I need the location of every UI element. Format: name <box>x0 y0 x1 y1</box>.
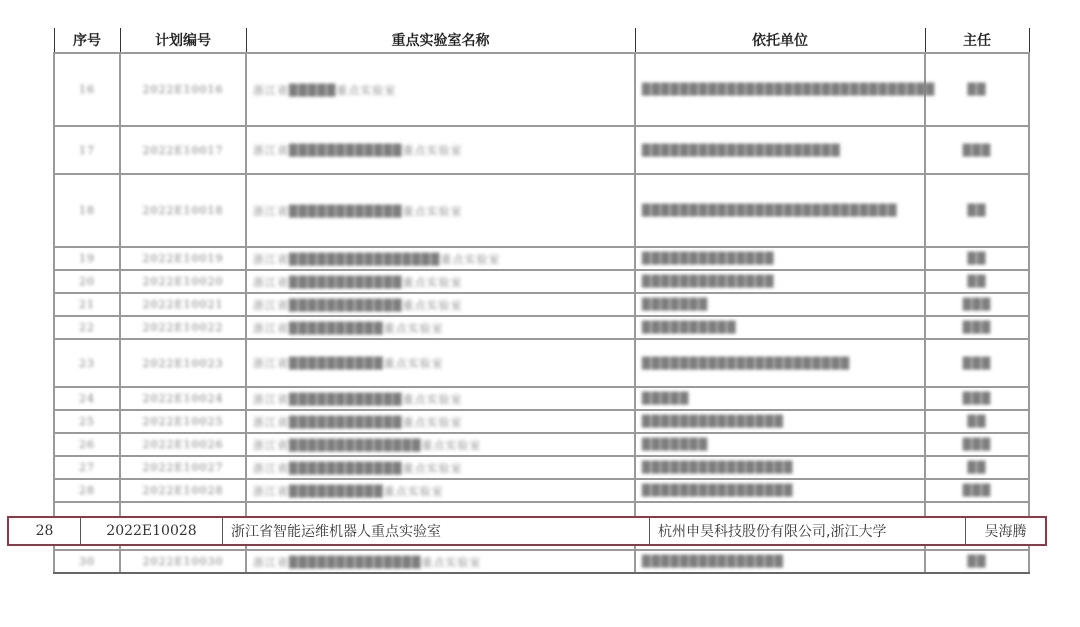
table-row: 252022E10025浙江省████████████重点实验室████████… <box>54 410 1029 433</box>
cell-director: ██ <box>925 53 1029 126</box>
cell-lab-name-text: 浙江省██████████重点实验室 <box>253 357 444 370</box>
cell-plan-id: 2022E10018 <box>120 174 246 247</box>
cell-seq: 23 <box>54 339 120 387</box>
cell-lab-name: 浙江省████████████重点实验室 <box>246 456 635 479</box>
cell-plan-id-text: 2022E10028 <box>142 484 223 497</box>
cell-host-unit: ██████████████ <box>635 247 925 270</box>
cell-lab-name: 浙江省██████████重点实验室 <box>246 479 635 502</box>
cell-host-unit: ██████████████ <box>635 270 925 293</box>
cell-lab-name-text: 浙江省██████████重点实验室 <box>253 485 444 498</box>
cell-lab-name: 浙江省██████████████重点实验室 <box>246 550 635 573</box>
cell-director: ███ <box>925 479 1029 502</box>
cell-seq: 25 <box>54 410 120 433</box>
cell-plan-id: 2022E10016 <box>120 53 246 126</box>
cell-seq-text: 26 <box>79 438 95 451</box>
cell-lab-name-text: 浙江省████████████重点实验室 <box>253 144 463 157</box>
highlighted-row: 28 2022E10028 浙江省智能运维机器人重点实验室 杭州申昊科技股份有限… <box>7 516 1047 546</box>
cell-host-unit-text: ███████████████████████████████ <box>642 83 935 96</box>
cell-plan-id: 2022E10020 <box>120 270 246 293</box>
cell-director: ██ <box>925 410 1029 433</box>
cell-host-unit: ███████ <box>635 293 925 316</box>
cell-lab-name: 浙江省████████████████重点实验室 <box>246 247 635 270</box>
cell-host-unit-text: ████████████████ <box>642 461 793 474</box>
table-row: 212022E10021浙江省████████████重点实验室████████… <box>54 293 1029 316</box>
cell-seq: 28 <box>54 479 120 502</box>
cell-seq: 17 <box>54 126 120 174</box>
cell-director-text: ███ <box>963 357 991 370</box>
cell-director-text: ███ <box>963 392 991 405</box>
table-row: 272022E10027浙江省████████████重点实验室████████… <box>54 456 1029 479</box>
cell-seq-text: 28 <box>79 484 95 497</box>
cell-lab-name-text: 浙江省█████重点实验室 <box>253 84 396 97</box>
cell-seq-text: 21 <box>79 298 95 311</box>
cell-seq: 24 <box>54 387 120 410</box>
cell-director-text: ██ <box>968 83 987 96</box>
highlighted-lab-name: 浙江省智能运维机器人重点实验室 <box>223 518 650 544</box>
cell-lab-name: 浙江省████████████重点实验室 <box>246 270 635 293</box>
cell-lab-name: 浙江省█████重点实验室 <box>246 53 635 126</box>
cell-director: ███ <box>925 387 1029 410</box>
table-header-row: 序号 计划编号 重点实验室名称 依托单位 主任 <box>54 28 1029 53</box>
cell-seq-text: 24 <box>79 392 95 405</box>
cell-plan-id: 2022E10026 <box>120 433 246 456</box>
cell-plan-id: 2022E10022 <box>120 316 246 339</box>
cell-lab-name-text: 浙江省██████████████重点实验室 <box>253 439 481 452</box>
cell-seq-text: 30 <box>79 555 95 568</box>
cell-seq-text: 19 <box>79 252 95 265</box>
cell-seq-text: 18 <box>79 204 95 217</box>
cell-director-text: ██ <box>968 275 987 288</box>
cell-host-unit-text: ██████████████████████ <box>642 357 850 370</box>
cell-plan-id: 2022E10025 <box>120 410 246 433</box>
cell-lab-name: 浙江省██████████████重点实验室 <box>246 433 635 456</box>
cell-director: ██ <box>925 456 1029 479</box>
cell-lab-name: 浙江省██████████重点实验室 <box>246 316 635 339</box>
cell-host-unit-text: █████ <box>642 392 689 405</box>
cell-plan-id: 2022E10021 <box>120 293 246 316</box>
cell-plan-id-text: 2022E10016 <box>142 83 223 96</box>
cell-host-unit: ████████████████ <box>635 456 925 479</box>
table-row: 202022E10020浙江省████████████重点实验室████████… <box>54 270 1029 293</box>
cell-seq-text: 17 <box>79 144 95 157</box>
header-director: 主任 <box>925 28 1029 53</box>
cell-lab-name-text: 浙江省████████████重点实验室 <box>253 462 463 475</box>
cell-plan-id-text: 2022E10019 <box>142 252 223 265</box>
highlighted-host-unit: 杭州申昊科技股份有限公司,浙江大学 <box>650 518 966 544</box>
table-row: 172022E10017浙江省████████████重点实验室████████… <box>54 126 1029 174</box>
cell-plan-id: 2022E10023 <box>120 339 246 387</box>
cell-seq-text: 25 <box>79 415 95 428</box>
cell-seq: 20 <box>54 270 120 293</box>
cell-lab-name-text: 浙江省████████████重点实验室 <box>253 205 463 218</box>
cell-director-text: ██ <box>968 204 987 217</box>
lab-list-table: 序号 计划编号 重点实验室名称 依托单位 主任 162022E10016浙江省█… <box>53 28 1030 574</box>
cell-seq-text: 27 <box>79 461 95 474</box>
table-row: 262022E10026浙江省██████████████重点实验室██████… <box>54 433 1029 456</box>
table-row: 282022E10028浙江省██████████重点实验室██████████… <box>54 479 1029 502</box>
cell-director: ███ <box>925 339 1029 387</box>
cell-seq-text: 16 <box>79 83 95 96</box>
cell-plan-id-text: 2022E10027 <box>142 461 223 474</box>
cell-plan-id-text: 2022E10026 <box>142 438 223 451</box>
cell-host-unit: ███████████████ <box>635 410 925 433</box>
cell-seq-text: 20 <box>79 275 95 288</box>
table-row: 222022E10022浙江省██████████重点实验室██████████… <box>54 316 1029 339</box>
cell-plan-id: 2022E10019 <box>120 247 246 270</box>
cell-director: ██ <box>925 247 1029 270</box>
header-seq: 序号 <box>54 28 120 53</box>
table-row: 192022E10019浙江省████████████████重点实验室████… <box>54 247 1029 270</box>
highlighted-director: 吴海腾 <box>966 518 1045 544</box>
cell-host-unit: ███████████████████████████████ <box>635 53 925 126</box>
cell-host-unit-text: ███████ <box>642 298 708 311</box>
cell-director: ███ <box>925 126 1029 174</box>
cell-lab-name: 浙江省████████████重点实验室 <box>246 387 635 410</box>
cell-host-unit: ██████████ <box>635 316 925 339</box>
cell-host-unit: █████████████████████ <box>635 126 925 174</box>
cell-plan-id: 2022E10027 <box>120 456 246 479</box>
cell-director: ██ <box>925 550 1029 573</box>
highlighted-seq: 28 <box>9 518 81 544</box>
cell-plan-id-text: 2022E10025 <box>142 415 223 428</box>
header-plan-id: 计划编号 <box>120 28 246 53</box>
cell-director-text: ███ <box>963 144 991 157</box>
cell-host-unit-text: █████████████████████ <box>642 144 841 157</box>
header-lab-name: 重点实验室名称 <box>246 28 635 53</box>
cell-plan-id: 2022E10030 <box>120 550 246 573</box>
cell-lab-name: 浙江省██████████重点实验室 <box>246 339 635 387</box>
header-host-unit: 依托单位 <box>635 28 925 53</box>
cell-lab-name-text: 浙江省████████████重点实验室 <box>253 416 463 429</box>
cell-director-text: ███ <box>963 438 991 451</box>
cell-plan-id-text: 2022E10018 <box>142 204 223 217</box>
cell-seq-text: 22 <box>79 321 95 334</box>
table-row: 162022E10016浙江省█████重点实验室███████████████… <box>54 53 1029 126</box>
lab-list-table-container: 序号 计划编号 重点实验室名称 依托单位 主任 162022E10016浙江省█… <box>53 28 1028 574</box>
cell-host-unit: ██████████████████████ <box>635 339 925 387</box>
table-row: 242022E10024浙江省████████████重点实验室████████ <box>54 387 1029 410</box>
cell-plan-id-text: 2022E10021 <box>142 298 223 311</box>
cell-director: ███ <box>925 316 1029 339</box>
cell-seq: 22 <box>54 316 120 339</box>
cell-director: ██ <box>925 270 1029 293</box>
cell-director-text: ██ <box>968 461 987 474</box>
cell-host-unit-text: ███████ <box>642 438 708 451</box>
cell-director-text: ███ <box>963 321 991 334</box>
cell-host-unit: ███████ <box>635 433 925 456</box>
cell-plan-id-text: 2022E10022 <box>142 321 223 334</box>
cell-host-unit-text: ████████████████ <box>642 484 793 497</box>
cell-host-unit: ████████████████ <box>635 479 925 502</box>
cell-director-text: ███ <box>963 484 991 497</box>
cell-plan-id: 2022E10028 <box>120 479 246 502</box>
cell-lab-name-text: 浙江省████████████重点实验室 <box>253 276 463 289</box>
cell-lab-name-text: 浙江省████████████████重点实验室 <box>253 253 500 266</box>
cell-lab-name-text: 浙江省██████████████重点实验室 <box>253 556 481 569</box>
cell-host-unit-text: ██████████ <box>642 321 737 334</box>
cell-seq: 21 <box>54 293 120 316</box>
cell-lab-name: 浙江省████████████重点实验室 <box>246 410 635 433</box>
cell-plan-id: 2022E10024 <box>120 387 246 410</box>
cell-director: ███ <box>925 433 1029 456</box>
cell-host-unit-text: ███████████████████████████ <box>642 204 897 217</box>
cell-host-unit-text: ██████████████ <box>642 275 774 288</box>
cell-host-unit: ███████████████ <box>635 550 925 573</box>
cell-host-unit-text: ██████████████ <box>642 252 774 265</box>
table-body: 162022E10016浙江省█████重点实验室███████████████… <box>54 53 1029 573</box>
highlighted-plan-id: 2022E10028 <box>81 518 223 544</box>
cell-director-text: ██ <box>968 252 987 265</box>
cell-lab-name-text: 浙江省██████████重点实验室 <box>253 322 444 335</box>
cell-director: ██ <box>925 174 1029 247</box>
cell-seq: 16 <box>54 53 120 126</box>
table-row: 182022E10018浙江省████████████重点实验室████████… <box>54 174 1029 247</box>
cell-lab-name-text: 浙江省████████████重点实验室 <box>253 299 463 312</box>
cell-director: ███ <box>925 293 1029 316</box>
cell-seq: 26 <box>54 433 120 456</box>
cell-director-text: ██ <box>968 415 987 428</box>
cell-seq: 18 <box>54 174 120 247</box>
cell-plan-id: 2022E10017 <box>120 126 246 174</box>
cell-host-unit-text: ███████████████ <box>642 415 784 428</box>
cell-plan-id-text: 2022E10024 <box>142 392 223 405</box>
cell-host-unit-text: ███████████████ <box>642 555 784 568</box>
table-row: 232022E10023浙江省██████████重点实验室██████████… <box>54 339 1029 387</box>
cell-host-unit: ███████████████████████████ <box>635 174 925 247</box>
cell-host-unit: █████ <box>635 387 925 410</box>
cell-lab-name: 浙江省████████████重点实验室 <box>246 126 635 174</box>
cell-seq: 27 <box>54 456 120 479</box>
table-row: 302022E10030浙江省██████████████重点实验室██████… <box>54 550 1029 573</box>
cell-seq: 19 <box>54 247 120 270</box>
cell-plan-id-text: 2022E10023 <box>142 357 223 370</box>
cell-seq-text: 23 <box>79 357 95 370</box>
cell-plan-id-text: 2022E10017 <box>142 144 223 157</box>
cell-lab-name: 浙江省████████████重点实验室 <box>246 174 635 247</box>
cell-plan-id-text: 2022E10030 <box>142 555 223 568</box>
cell-lab-name: 浙江省████████████重点实验室 <box>246 293 635 316</box>
cell-lab-name-text: 浙江省████████████重点实验室 <box>253 393 463 406</box>
cell-plan-id-text: 2022E10020 <box>142 275 223 288</box>
cell-director-text: ███ <box>963 298 991 311</box>
cell-seq: 30 <box>54 550 120 573</box>
cell-director-text: ██ <box>968 555 987 568</box>
